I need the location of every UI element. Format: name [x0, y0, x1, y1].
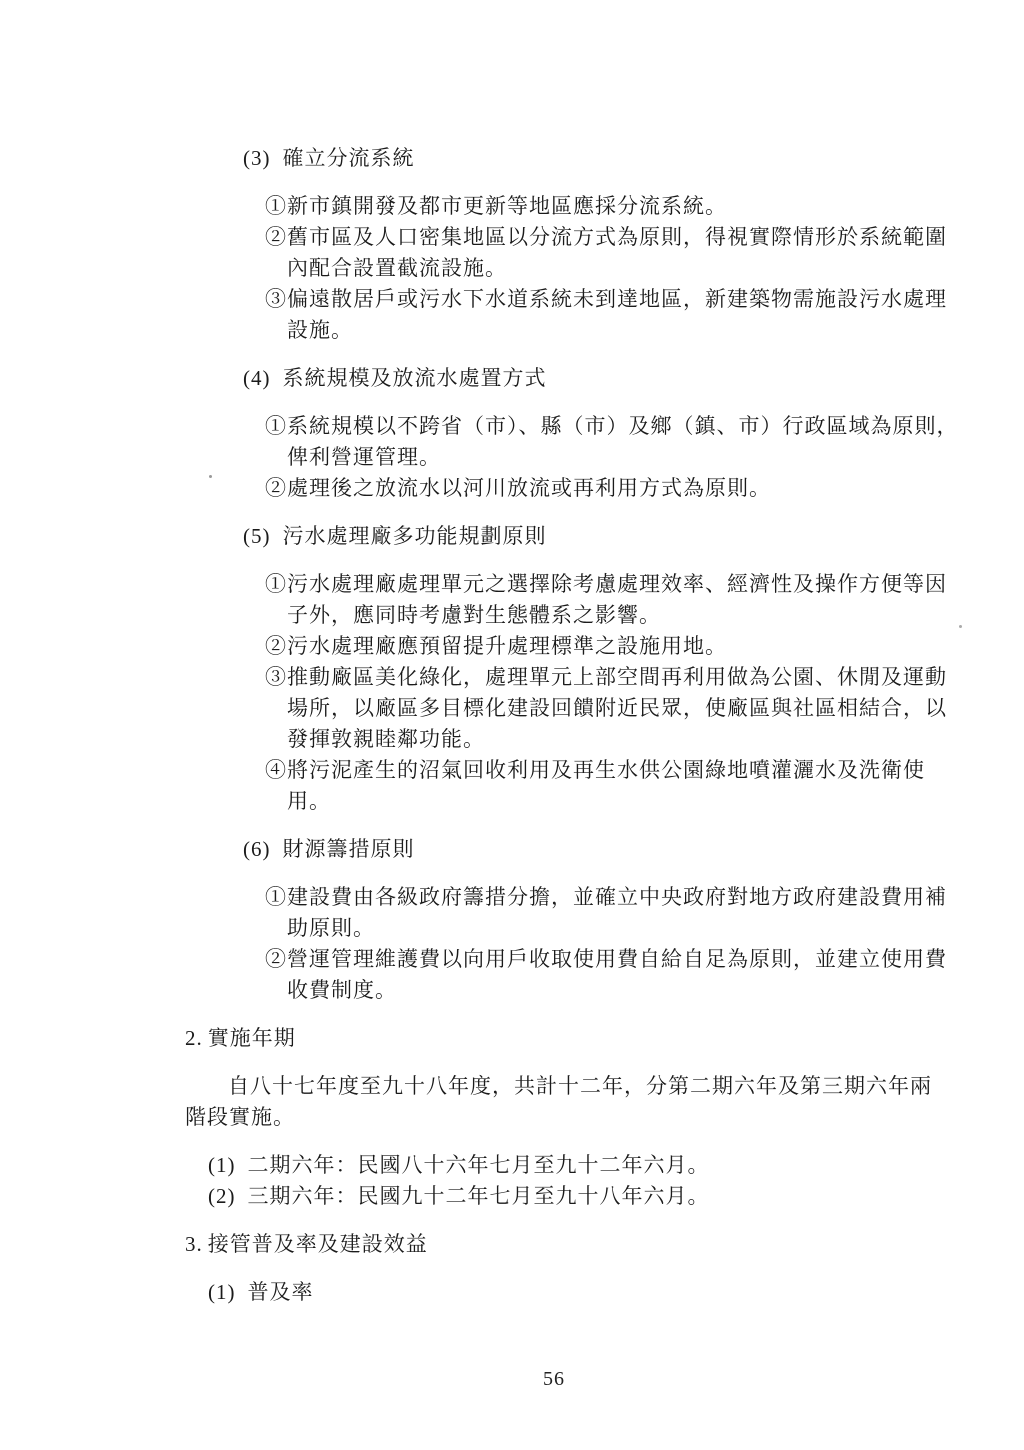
- item-text: 普及率: [248, 1280, 314, 1304]
- scan-speck: [209, 475, 212, 478]
- list-item: ③偏遠散居戶或污水下水道系統未到達地區，新建築物需施設污水處理設施。: [287, 284, 965, 346]
- section-2-number: 2.: [185, 1026, 203, 1050]
- section-5-heading: (5)污水處理廠多功能規劃原則: [243, 521, 1024, 552]
- section-3-top-items: (1)普及率: [0, 1277, 1024, 1308]
- section-2-heading: 2.實施年期: [185, 1023, 1024, 1054]
- document-content: (3)確立分流系統 ①新市鎮開發及都市更新等地區應採分流系統。 ②舊市區及人口密…: [0, 143, 1024, 1325]
- section-3-items: ①新市鎮開發及都市更新等地區應採分流系統。 ②舊市區及人口密集地區以分流方式為原…: [0, 191, 1024, 346]
- section-5-items: ①污水處理廠處理單元之選擇除考慮處理效率、經濟性及操作方便等因子外，應同時考慮對…: [0, 569, 1024, 817]
- list-item: (1)普及率: [208, 1277, 1024, 1308]
- section-3-top-number: 3.: [185, 1232, 203, 1256]
- item-text: 二期六年：民國八十六年七月至九十二年六月。: [248, 1153, 710, 1177]
- document-page: (3)確立分流系統 ①新市鎮開發及都市更新等地區應採分流系統。 ②舊市區及人口密…: [0, 0, 1024, 1450]
- section-2-title: 實施年期: [208, 1026, 296, 1050]
- list-item: ②污水處理廠應預留提升處理標準之設施用地。: [287, 631, 965, 662]
- item-text: 三期六年：民國九十二年七月至九十八年六月。: [248, 1184, 710, 1208]
- item-number: (1): [208, 1280, 236, 1304]
- list-item: ④將污泥產生的沼氣回收利用及再生水供公園綠地噴灌灑水及洗衛使用。: [287, 755, 965, 817]
- list-item: ②營運管理維護費以向用戶收取使用費自給自足為原則，並建立使用費收費制度。: [287, 944, 965, 1006]
- section-6-number: (6): [243, 837, 271, 861]
- list-item: ①系統規模以不跨省（市）、縣（市）及鄉（鎮、市）行政區域為原則，俾利營運管理。: [287, 411, 965, 473]
- list-item: (2)三期六年：民國九十二年七月至九十八年六月。: [208, 1181, 1024, 1212]
- section-3-number: (3): [243, 146, 271, 170]
- list-item: ②舊市區及人口密集地區以分流方式為原則，得視實際情形於系統範圍內配合設置截流設施…: [287, 222, 965, 284]
- section-2-paragraph: 自八十七年度至九十八年度，共計十二年，分第二期六年及第三期六年兩階段實施。: [185, 1071, 953, 1133]
- section-5-number: (5): [243, 524, 271, 548]
- section-2-items: (1)二期六年：民國八十六年七月至九十二年六月。 (2)三期六年：民國九十二年七…: [0, 1150, 1024, 1212]
- list-item: ①建設費由各級政府籌措分擔，並確立中央政府對地方政府建設費用補助原則。: [287, 882, 965, 944]
- section-5-title: 污水處理廠多功能規劃原則: [283, 524, 547, 548]
- section-3-heading: (3)確立分流系統: [243, 143, 1024, 174]
- list-item: ③推動廠區美化綠化，處理單元上部空間再利用做為公園、休閒及運動場所，以廠區多目標…: [287, 662, 965, 755]
- page-number: 56: [543, 1364, 565, 1395]
- list-item: ①污水處理廠處理單元之選擇除考慮處理效率、經濟性及操作方便等因子外，應同時考慮對…: [287, 569, 965, 631]
- section-3-title: 確立分流系統: [283, 146, 415, 170]
- section-4-items: ①系統規模以不跨省（市）、縣（市）及鄉（鎮、市）行政區域為原則，俾利營運管理。 …: [0, 411, 1024, 504]
- section-3-top-heading: 3.接管普及率及建設效益: [185, 1229, 1024, 1260]
- list-item: ②處理後之放流水以河川放流或再利用方式為原則。: [287, 473, 965, 504]
- section-4-heading: (4)系統規模及放流水處置方式: [243, 363, 1024, 394]
- list-item: (1)二期六年：民國八十六年七月至九十二年六月。: [208, 1150, 1024, 1181]
- list-item: ①新市鎮開發及都市更新等地區應採分流系統。: [287, 191, 965, 222]
- section-6-title: 財源籌措原則: [283, 837, 415, 861]
- scan-speck: [959, 625, 962, 628]
- section-4-number: (4): [243, 366, 271, 390]
- item-number: (2): [208, 1184, 236, 1208]
- section-4-title: 系統規模及放流水處置方式: [283, 366, 547, 390]
- section-3-top-title: 接管普及率及建設效益: [208, 1232, 428, 1256]
- item-number: (1): [208, 1153, 236, 1177]
- section-6-heading: (6)財源籌措原則: [243, 834, 1024, 865]
- section-6-items: ①建設費由各級政府籌措分擔，並確立中央政府對地方政府建設費用補助原則。 ②營運管…: [0, 882, 1024, 1006]
